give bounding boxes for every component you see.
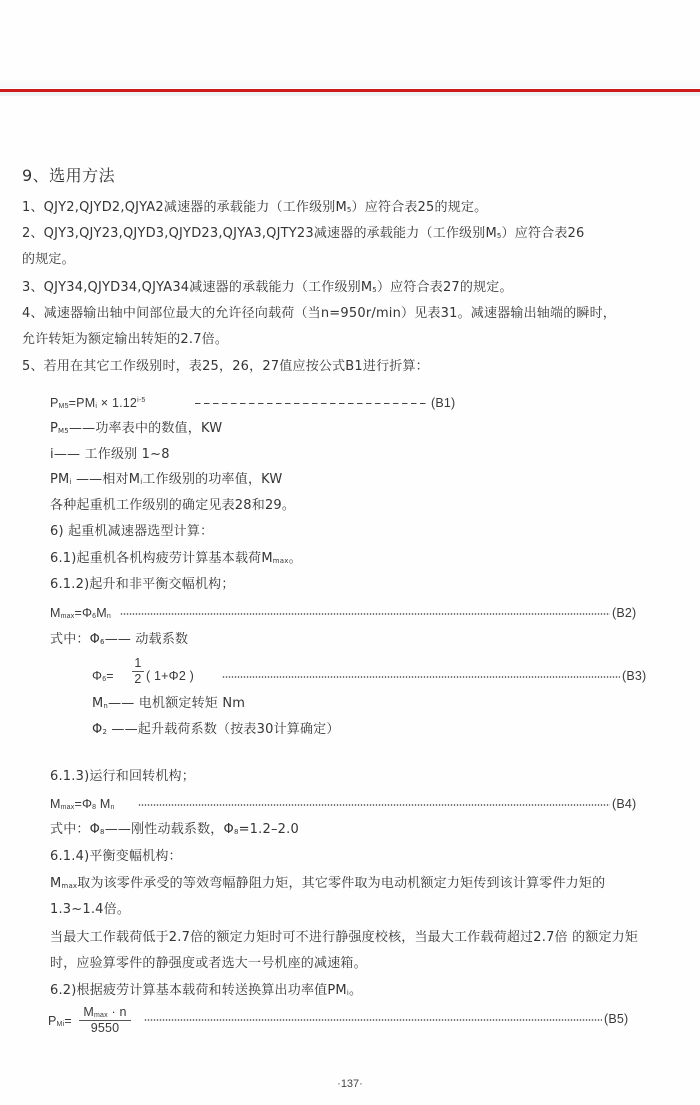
paragraph-static-strength: 当最大工作载荷低于2.7倍的额定力矩时可不进行静强度校核，当最大工作载荷超过2.…: [50, 930, 638, 946]
definition-text: ——相对M: [72, 472, 141, 487]
definition-mn: Mn—— 电机额定转矩 Nm: [92, 696, 245, 712]
denominator: 2: [132, 672, 144, 687]
paragraph-text: 取为该零件承受的等效弯幅静阻力矩，其它零件取为电动机额定力矩传到该计算零件力矩的: [77, 876, 605, 891]
symbol: M: [83, 1005, 94, 1019]
heading-6-1-3: 6.1.3)运行和回转机构；: [50, 769, 195, 785]
subscript: n: [111, 804, 115, 811]
formula-symbol: Φ: [92, 669, 102, 683]
heading-6-2: 6.2)根据疲劳计算基本载荷和转送换算出功率值PMi。: [50, 983, 362, 999]
subscript: M5: [59, 403, 69, 410]
formula-expression: ( 1+Φ2 ): [146, 668, 194, 684]
definition-text: 工作级别的功率值，KW: [142, 472, 282, 487]
formula-symbol: =: [106, 669, 114, 683]
subscript: max: [94, 1012, 108, 1019]
item-2-text-end: ）应符合表26: [502, 226, 585, 241]
paragraph-static-strength-continuation: 时，应验算零件的静强度或者选大一号机座的减速箱。: [50, 956, 367, 972]
definition-phi2: Φ2 ——起升载荷系数（按表30计算确定）: [92, 722, 340, 738]
formula-symbol: M: [50, 797, 61, 811]
where-text: 式中：Φ: [50, 822, 100, 837]
item-2: 2、QJY3,QJY23,QJYD3,QJYD23,QJYA3,QJTY23减速…: [22, 226, 585, 242]
formula-symbol: P: [50, 396, 59, 410]
where-text-mid: ——刚性动载系数，Φ: [105, 822, 234, 837]
b2-where: 式中：Φ6—— 动载系数: [50, 632, 188, 648]
equation-label-b3: (B3): [622, 668, 646, 684]
symbol: M: [92, 696, 103, 711]
item-3-text-end: ）应符合表27的规定。: [377, 280, 513, 295]
symbol: PM: [50, 472, 69, 487]
heading-text-end: 。: [349, 983, 362, 998]
where-text: 式中：Φ: [50, 632, 100, 647]
heading-6-1-2: 6.1.2)起升和非平衡交幅机构；: [50, 577, 235, 593]
heading-text: 6.2)根据疲劳计算基本载荷和转送换算出功率值PM: [50, 983, 347, 998]
formula-b5: PMi= Mmax · n 9550 (B5): [48, 1013, 648, 1043]
equation-label-b2: (B2): [612, 605, 636, 621]
definition-text: ——起升载荷系数（按表30计算确定）: [107, 722, 339, 737]
section-title: 9、选用方法: [22, 166, 115, 186]
subscript: max: [61, 804, 75, 811]
formula-symbol: =PM: [69, 396, 96, 410]
where-text-end: —— 动载系数: [105, 632, 189, 647]
dotted-leader: [138, 804, 610, 806]
fraction-power: Mmax · n 9550: [79, 1005, 131, 1036]
item-3: 3、QJY34,QJYD34,QJYA34减速器的承载能力（工作级别M5）应符合…: [22, 280, 513, 296]
heading-6-1: 6.1)起重机各机构疲劳计算基本载荷Mmax。: [50, 551, 302, 567]
symbol: M: [50, 876, 61, 891]
item-4: 4、减速器输出轴中间部位最大的允许径向载荷（当n=950r/min）见表31。减…: [22, 306, 616, 322]
heading-text-end: 。: [289, 551, 302, 566]
formula-factor: × 1.12: [97, 396, 137, 410]
definition-pm5: PM5——功率表中的数值，KW: [50, 421, 222, 437]
subscript: max: [61, 613, 75, 620]
item-2-text: 2、QJY3,QJY23,QJYD3,QJYD23,QJYA3,QJTY23减速…: [22, 226, 497, 241]
denominator: 9550: [79, 1021, 131, 1036]
symbol: P: [50, 421, 58, 436]
formula-symbol: =Φ: [74, 606, 92, 620]
dotted-leader: [144, 1019, 602, 1021]
where-text-end: =1.2–2.0: [239, 822, 299, 837]
item-4-continuation: 允许转矩为额定输出转矩的2.7倍。: [22, 332, 228, 348]
paragraph-mmax-continuation: 1.3~1.4倍。: [50, 902, 130, 918]
formula-b2: Mmax=Φ6Mn (B2): [50, 605, 650, 623]
subscript: max: [61, 882, 77, 890]
formula-symbol: P: [48, 1014, 57, 1028]
subscript: n: [107, 613, 111, 620]
symbol: Φ: [92, 722, 102, 737]
page-top-margin: [0, 0, 700, 88]
definition-pmi: PMi ——相对Mi工作级别的功率值，KW: [50, 472, 282, 488]
definition-text: —— 电机额定转矩 Nm: [108, 696, 245, 711]
header-rule-shadow: [0, 92, 700, 96]
item-2-continuation: 的规定。: [22, 252, 75, 268]
item-1: 1、QJY2,QJYD2,QJYA2减速器的承载能力（工作级别M5）应符合表25…: [22, 200, 487, 216]
formula-symbol: M: [96, 606, 107, 620]
formula-symbol: =Φ: [74, 797, 92, 811]
formula-symbol: =: [64, 1014, 72, 1028]
dashed-leader: [195, 403, 427, 404]
numerator: Mmax · n: [79, 1005, 131, 1021]
equation-label-b1: (B1): [431, 395, 455, 411]
dotted-leader: [120, 613, 610, 615]
page-number: ·137·: [0, 1078, 700, 1090]
superscript: i-5: [137, 397, 145, 404]
item-5: 5、若用在其它工作级别时，表25，26，27值应按公式B1进行折算：: [22, 359, 429, 375]
formula-b1: PM5=PMi × 1.12i-5 (B1): [50, 395, 410, 413]
item-1-text: 1、QJY2,QJYD2,QJYA2减速器的承载能力（工作级别M: [22, 200, 347, 215]
item-3-text: 3、QJY34,QJYD34,QJYA34减速器的承载能力（工作级别M: [22, 280, 372, 295]
heading-6: 6) 起重机减速器选型计算：: [50, 524, 213, 540]
definition-i: i—— 工作级别 1~8: [50, 447, 170, 463]
definition-note: 各种起重机工作级别的确定见表28和29。: [50, 498, 295, 514]
formula-symbol: M: [96, 797, 110, 811]
dotted-leader: [222, 676, 620, 678]
formula-b3: Φ6= 1 2 ( 1+Φ2 ) (B3): [92, 668, 652, 686]
numerator: 1: [132, 656, 144, 672]
equation-label-b4: (B4): [612, 796, 636, 812]
item-1-text-end: ）应符合表25的规定。: [352, 200, 488, 215]
formula-b4: Mmax=Φ8 Mn (B4): [50, 796, 650, 814]
paragraph-mmax: Mmax取为该零件承受的等效弯幅静阻力矩，其它零件取为电动机额定力矩传到该计算零…: [50, 876, 605, 892]
definition-text: —— 工作级别 1~8: [54, 447, 170, 462]
formula-symbol: M: [50, 606, 61, 620]
definition-text: ——功率表中的数值，KW: [69, 421, 222, 436]
heading-text: 6.1)起重机各机构疲劳计算基本载荷M: [50, 551, 273, 566]
heading-6-1-4: 6.1.4)平衡变幅机构：: [50, 849, 182, 865]
equation-label-b5: (B5): [604, 1011, 628, 1027]
subscript: M5: [58, 427, 69, 435]
numerator-rest: · n: [108, 1005, 127, 1019]
subscript: max: [273, 557, 289, 565]
b4-where: 式中：Φ8——刚性动载系数，Φ8=1.2–2.0: [50, 822, 299, 838]
fraction-one-half: 1 2: [132, 656, 144, 687]
